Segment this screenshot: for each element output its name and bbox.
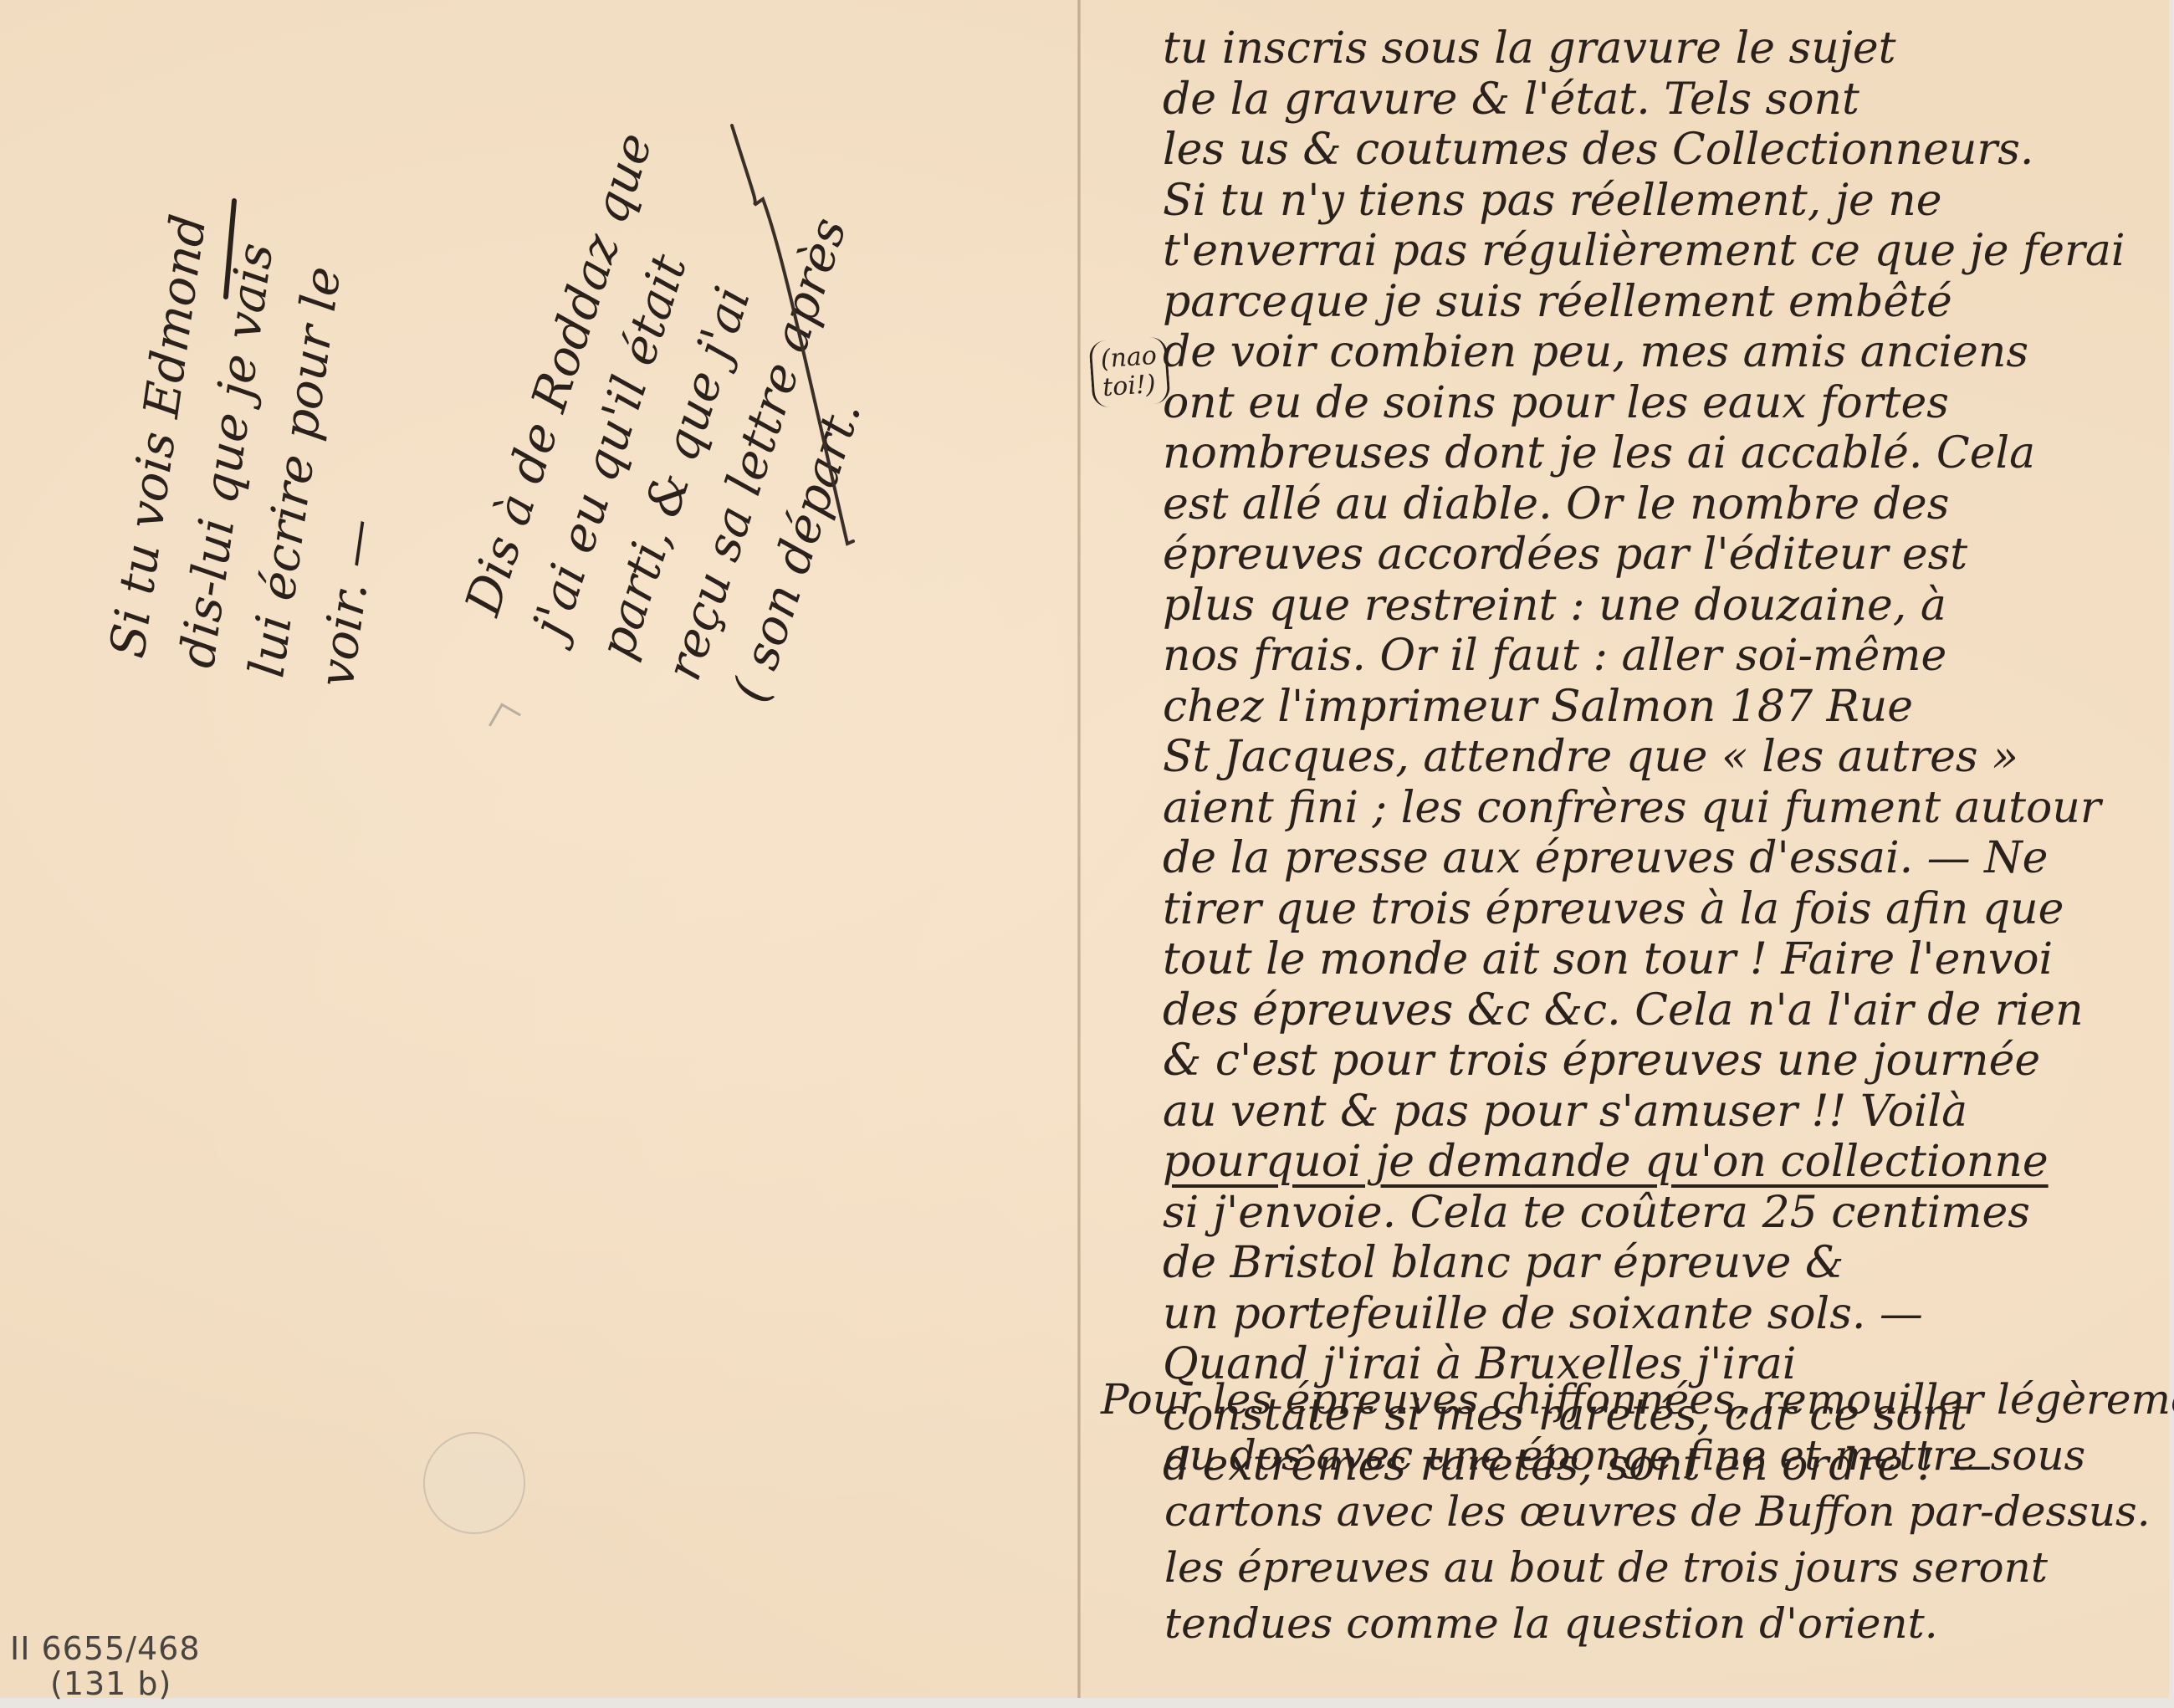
embossed-seal-ghost — [423, 1432, 525, 1534]
left-page: Si tu vois Edmond dis-lui que je vais lu… — [0, 0, 1079, 1698]
letter-body: tu inscris sous la gravure le sujet de l… — [1163, 23, 2150, 1491]
letter-line: tout le monde ait son tour ! Faire l'env… — [1163, 934, 2150, 985]
letter-line: de la presse aux épreuves d'essai. — Ne — [1163, 833, 2150, 884]
shelfmark: II 6655/468 (131 b) — [10, 1631, 201, 1701]
letter-line: est allé au diable. Or le nombre des — [1163, 479, 2150, 530]
letter-line: au vent & pas pour s'amuser !! Voilà — [1163, 1087, 2150, 1138]
pen-flourish-icon — [0, 0, 1079, 1698]
postscript-line: les épreuves au bout de trois jours sero… — [1101, 1540, 2163, 1596]
letter-sheet: Si tu vois Edmond dis-lui que je vais lu… — [0, 0, 2169, 1698]
postscript-line: tendues comme la question d'orient. — [1101, 1596, 2163, 1652]
letter-line: un portefeuille de soixante sols. — — [1163, 1289, 2150, 1340]
postscript-line: cartons avec les œuvres de Buffon par-de… — [1101, 1484, 2163, 1540]
letter-line: t'enverrai pas régulièrement ce que je f… — [1163, 226, 2150, 277]
letter-line: de voir combien peu, mes amis anciens — [1163, 327, 2150, 378]
shelfmark-sub: (131 b) — [10, 1666, 201, 1701]
letter-line: St Jacques, attendre que « les autres » — [1163, 732, 2150, 783]
letter-line: tirer que trois épreuves à la fois afin … — [1163, 884, 2150, 935]
letter-line: tu inscris sous la gravure le sujet — [1163, 23, 2150, 74]
letter-line: les us & coutumes des Collectionneurs. — [1163, 125, 2150, 176]
letter-line: épreuves accordées par l'éditeur est — [1163, 529, 2150, 580]
margin-note: (nao toi!) — [1088, 336, 1170, 408]
right-page: BIBLIOTHÈQUE ROYALE DE BELGIQUE ♞ (nao t… — [1081, 0, 2169, 1698]
postscript-line: au dos avec une éponge fine et mettre so… — [1101, 1428, 2163, 1484]
letter-line: Si tu n'y tiens pas réellement, je ne — [1163, 176, 2150, 227]
letter-line: de la gravure & l'état. Tels sont — [1163, 74, 2150, 125]
margin-note-line: toi!) — [1102, 371, 1159, 403]
letter-line: plus que restreint : une douzaine, à — [1163, 580, 2150, 632]
letter-line: chez l'imprimeur Salmon 187 Rue — [1163, 682, 2150, 733]
letter-line: ont eu de soins pour les eaux fortes — [1163, 378, 2150, 429]
letter-line: nombreuses dont je les ai accablé. Cela — [1163, 428, 2150, 479]
letter-line: si j'envoie. Cela te coûtera 25 centimes — [1163, 1188, 2150, 1239]
letter-line: & c'est pour trois épreuves une journée — [1163, 1036, 2150, 1087]
letter-line: parceque je suis réellement embêté — [1163, 277, 2150, 328]
letter-line: pourquoi je demande qu'on collectionne — [1163, 1137, 2150, 1188]
shelfmark-number: II 6655/468 — [10, 1631, 201, 1666]
letter-line: des épreuves &c &c. Cela n'a l'air de ri… — [1163, 985, 2150, 1036]
postscript: Pour les épreuves chiffonnées, remouille… — [1101, 1372, 2163, 1652]
letter-line: de Bristol blanc par épreuve & — [1163, 1238, 2150, 1289]
postscript-line: Pour les épreuves chiffonnées, remouille… — [1101, 1372, 2163, 1428]
letter-line: nos frais. Or il faut : aller soi-même — [1163, 631, 2150, 682]
letter-line: aient fini ; les confrères qui fument au… — [1163, 783, 2150, 834]
